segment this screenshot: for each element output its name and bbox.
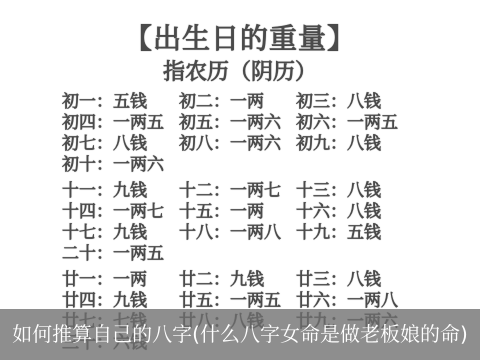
day-weight-pair: 初六：一两五 <box>296 113 399 134</box>
weight-row: 初一：五钱初二：一两初三：八钱 <box>62 92 480 113</box>
day-weight-pair: 十二：一两七 <box>179 181 282 202</box>
weight-group: 十一：九钱十二：一两七十三：八钱十四：一两七十五：一两十六：八钱十七：九钱十八：… <box>62 181 480 265</box>
lunar-day-label: 初四： <box>62 113 113 133</box>
weight-row: 十四：一两七十五：一两十六：八钱 <box>62 202 480 223</box>
bone-weight-value: 一两 <box>230 202 282 223</box>
bone-weight-value: 八钱 <box>347 92 399 113</box>
day-weight-pair: 廿三：八钱 <box>296 270 399 291</box>
day-weight-pair: 初三：八钱 <box>296 92 399 113</box>
day-weight-pair: 初八：一两六 <box>179 134 282 155</box>
weight-row: 廿一：一两廿二：九钱廿三：八钱 <box>62 270 480 291</box>
weight-row: 十七：九钱十八：一两八十九：五钱 <box>62 223 480 244</box>
weight-row: 初十：一两六 <box>62 155 480 176</box>
day-weight-pair: 初七：八钱 <box>62 134 165 155</box>
weight-group: 初一：五钱初二：一两初三：八钱初四：一两五初五：一两六初六：一两五初七：八钱初八… <box>62 92 480 176</box>
bone-weight-value: 九钱 <box>230 270 282 291</box>
lunar-day-label: 十二： <box>179 181 230 201</box>
lunar-day-label: 十七： <box>62 223 113 243</box>
page-title: 【出生日的重量】 <box>0 22 480 56</box>
bone-weight-value: 一两六 <box>230 113 282 134</box>
bone-weight-value: 一两五 <box>113 113 165 134</box>
lunar-day-label: 初二： <box>179 92 230 112</box>
day-weight-pair: 初十：一两六 <box>62 155 165 176</box>
day-weight-pair: 十四：一两七 <box>62 202 165 223</box>
lunar-day-label: 初七： <box>62 134 113 154</box>
lunar-day-label: 初八： <box>179 134 230 154</box>
bone-weight-value: 一两六 <box>113 155 165 176</box>
bone-weight-value: 一两七 <box>230 181 282 202</box>
day-weight-pair: 十一：九钱 <box>62 181 165 202</box>
lunar-day-label: 廿五： <box>179 291 230 311</box>
lunar-day-label: 十六： <box>296 202 347 222</box>
lunar-day-label: 廿二： <box>179 270 230 290</box>
bone-weight-value: 一两五 <box>113 244 165 265</box>
day-weight-pair: 十九：五钱 <box>296 223 399 244</box>
lunar-day-label: 初三： <box>296 92 347 112</box>
weight-row: 初七：八钱初八：一两六初九：八钱 <box>62 134 480 155</box>
day-weight-pair: 十七：九钱 <box>62 223 165 244</box>
bone-weight-value: 九钱 <box>113 181 165 202</box>
lunar-day-label: 廿六： <box>296 291 347 311</box>
weight-row: 十一：九钱十二：一两七十三：八钱 <box>62 181 480 202</box>
lunar-day-label: 廿四： <box>62 291 113 311</box>
day-weight-pair: 十三：八钱 <box>296 181 399 202</box>
lunar-day-label: 二十： <box>62 244 113 264</box>
article-image: 【出生日的重量】 指农历（阴历） 初一：五钱初二：一两初三：八钱初四：一两五初五… <box>0 0 480 360</box>
day-weight-pair: 十六：八钱 <box>296 202 399 223</box>
page-subtitle: 指农历（阴历） <box>0 59 480 86</box>
bone-weight-value: 八钱 <box>347 134 399 155</box>
bone-weight-value: 八钱 <box>347 202 399 223</box>
lunar-day-label: 初六： <box>296 113 347 133</box>
lunar-day-label: 初十： <box>62 155 113 175</box>
bone-weight-value: 一两五 <box>347 113 399 134</box>
bone-weight-value: 八钱 <box>347 270 399 291</box>
day-weight-pair: 初二：一两 <box>179 92 282 113</box>
bone-weight-value: 一两七 <box>113 202 165 223</box>
bone-weight-value: 一两六 <box>230 134 282 155</box>
bone-weight-value: 一两 <box>230 92 282 113</box>
day-weight-pair: 初四：一两五 <box>62 113 165 134</box>
day-weight-pair: 初五：一两六 <box>179 113 282 134</box>
bone-weight-value: 五钱 <box>347 223 399 244</box>
bone-weight-value: 八钱 <box>113 134 165 155</box>
weight-row: 初四：一两五初五：一两六初六：一两五 <box>62 113 480 134</box>
lunar-day-label: 初九： <box>296 134 347 154</box>
caption-text: 如何推算自己的八字(什么八字女命是做老板娘的命) <box>12 318 468 347</box>
lunar-day-label: 十九： <box>296 223 347 243</box>
lunar-day-label: 十三： <box>296 181 347 201</box>
lunar-day-label: 十八： <box>179 223 230 243</box>
lunar-day-label: 初一： <box>62 92 113 112</box>
day-weight-pair: 十八：一两八 <box>179 223 282 244</box>
day-weight-pair: 二十：一两五 <box>62 244 165 265</box>
lunar-day-label: 廿三： <box>296 270 347 290</box>
day-weight-pair: 十五：一两 <box>179 202 282 223</box>
bone-weight-value: 九钱 <box>113 223 165 244</box>
bone-weight-value: 一两 <box>113 270 165 291</box>
bone-weight-value: 五钱 <box>113 92 165 113</box>
lunar-day-label: 十五： <box>179 202 230 222</box>
caption-bar: 如何推算自己的八字(什么八字女命是做老板娘的命) <box>0 309 480 360</box>
lunar-day-label: 初五： <box>179 113 230 133</box>
lunar-day-label: 廿一： <box>62 270 113 290</box>
lunar-day-label: 十一： <box>62 181 113 201</box>
bone-weight-value: 八钱 <box>347 181 399 202</box>
lunar-day-label: 十四： <box>62 202 113 222</box>
day-weight-pair: 廿二：九钱 <box>179 270 282 291</box>
day-weight-pair: 初九：八钱 <box>296 134 399 155</box>
day-weight-pair: 初一：五钱 <box>62 92 165 113</box>
weight-row: 二十：一两五 <box>62 244 480 265</box>
bone-weight-value: 一两八 <box>230 223 282 244</box>
day-weight-pair: 廿一：一两 <box>62 270 165 291</box>
